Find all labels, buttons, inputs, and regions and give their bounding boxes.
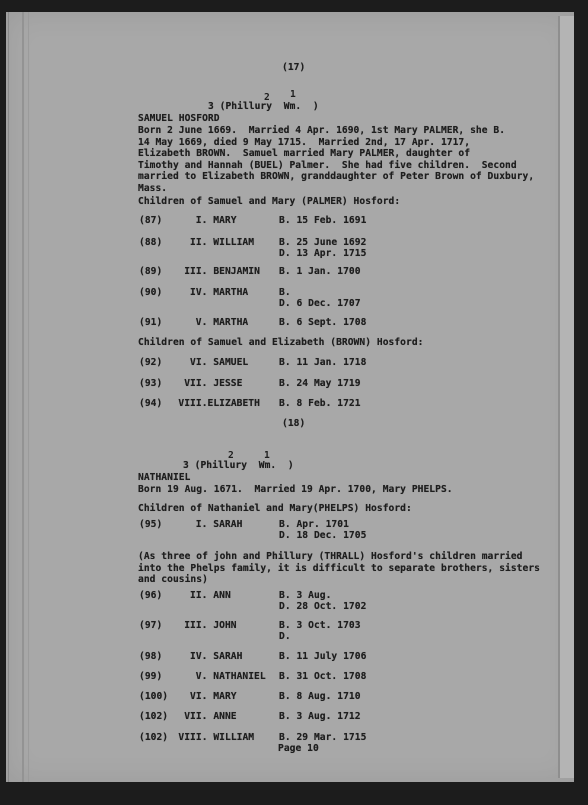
child-date: B. 6 Sept. 1708 xyxy=(279,317,366,329)
child-date: D. xyxy=(279,631,291,643)
child-name: IV. MARTHA xyxy=(190,287,248,299)
child-date: D. 6 Dec. 1707 xyxy=(279,298,361,310)
child-date: B. 3 Oct. 1703 xyxy=(279,620,361,632)
note-line: and cousins) xyxy=(138,574,208,586)
child-number: (99) xyxy=(139,671,162,683)
child-name: III. BENJAMIN xyxy=(184,266,260,278)
biography-line: married to Elizabeth BROWN, granddaughte… xyxy=(138,171,534,183)
child-number: (102) xyxy=(139,711,168,723)
child-date: D. 18 Dec. 1705 xyxy=(279,530,366,542)
generation-superscript: 1 xyxy=(290,89,296,100)
child-number: (89) xyxy=(139,266,162,278)
child-date: B. xyxy=(279,287,291,299)
biography-line: Timothy and Hannah (BUEL) Palmer. She ha… xyxy=(138,160,517,172)
child-name: I. SARAH xyxy=(196,519,243,531)
child-number: (90) xyxy=(139,287,162,299)
children-heading: Children of Samuel and Mary (PALMER) Hos… xyxy=(138,196,400,208)
child-date: B. 3 Aug. 1712 xyxy=(279,711,361,723)
child-number: (100) xyxy=(139,691,168,703)
child-number: (98) xyxy=(139,651,162,663)
child-date: B. 11 July 1706 xyxy=(279,651,366,663)
biography-line: Born 2 June 1669. Married 4 Apr. 1690, 1… xyxy=(138,125,505,137)
child-number: (97) xyxy=(139,620,162,632)
child-date: B. 8 Feb. 1721 xyxy=(279,398,361,410)
child-date: B. 1 Jan. 1700 xyxy=(279,266,361,278)
child-number: (95) xyxy=(139,519,162,531)
child-date: B. 24 May 1719 xyxy=(279,378,361,390)
biography-line: Elizabeth BROWN. Samuel married Mary PAL… xyxy=(138,148,470,160)
child-date: B. 8 Aug. 1710 xyxy=(279,691,361,703)
child-name: II. WILLIAM xyxy=(190,237,254,249)
child-number: (87) xyxy=(139,215,162,227)
page-footer: Page 10 xyxy=(278,743,319,755)
child-name: I. MARY xyxy=(196,215,237,227)
child-name: III. JOHN xyxy=(184,620,236,632)
child-name: VIII. WILLIAM xyxy=(178,732,254,744)
page-number-top: (17) xyxy=(282,62,305,74)
page-edge xyxy=(28,12,29,782)
child-number: (88) xyxy=(139,237,162,249)
child-number: (96) xyxy=(139,590,162,602)
generation-line: 3 (Phillury Wm. ) xyxy=(183,460,294,472)
biography: Born 19 Aug. 1671. Married 19 Apr. 1700,… xyxy=(138,484,453,496)
child-number: (91) xyxy=(139,317,162,329)
page-number-mid: (18) xyxy=(282,418,305,430)
child-date: D. 13 Apr. 1715 xyxy=(279,248,366,260)
page-edge xyxy=(22,12,24,782)
person-name: NATHANIEL xyxy=(138,472,190,484)
child-name: VIII.ELIZABETH xyxy=(178,398,260,410)
person-name: SAMUEL HOSFORD xyxy=(138,113,220,125)
child-number: (92) xyxy=(139,357,162,369)
child-date: D. 28 Oct. 1702 xyxy=(279,601,366,613)
child-name: V. NATHANIEL xyxy=(196,671,266,683)
child-date: B. 31 Oct. 1708 xyxy=(279,671,366,683)
children-heading: Children of Samuel and Elizabeth (BROWN)… xyxy=(138,337,423,349)
page-edge xyxy=(8,12,9,782)
child-name: II. ANN xyxy=(190,590,231,602)
child-date: B. 29 Mar. 1715 xyxy=(279,732,366,744)
child-name: V. MARTHA xyxy=(196,317,248,329)
child-name: VII. ANNE xyxy=(184,711,236,723)
child-date: B. 15 Feb. 1691 xyxy=(279,215,366,227)
child-number: (93) xyxy=(139,378,162,390)
child-date: B. Apr. 1701 xyxy=(279,519,349,531)
child-name: VII. JESSE xyxy=(184,378,242,390)
generation-line: 3 (Phillury Wm. ) xyxy=(208,101,319,113)
child-date: B. 11 Jan. 1718 xyxy=(279,357,366,369)
child-date: B. 3 Aug. xyxy=(279,590,331,602)
children-heading: Children of Nathaniel and Mary(PHELPS) H… xyxy=(138,503,412,515)
note-line: into the Phelps family, it is difficult … xyxy=(138,563,540,575)
biography-line: 14 May 1669, died 9 May 1715. Married 2n… xyxy=(138,137,470,149)
note-line: (As three of john and Phillury (THRALL) … xyxy=(138,551,523,563)
child-number: (102) xyxy=(139,732,168,744)
biography-line: Mass. xyxy=(138,183,167,195)
child-name: VI. MARY xyxy=(190,691,237,703)
child-name: IV. SARAH xyxy=(190,651,242,663)
page-edge-right xyxy=(558,16,574,778)
child-date: B. 25 June 1692 xyxy=(279,237,366,249)
child-number: (94) xyxy=(139,398,162,410)
child-name: VI. SAMUEL xyxy=(190,357,248,369)
